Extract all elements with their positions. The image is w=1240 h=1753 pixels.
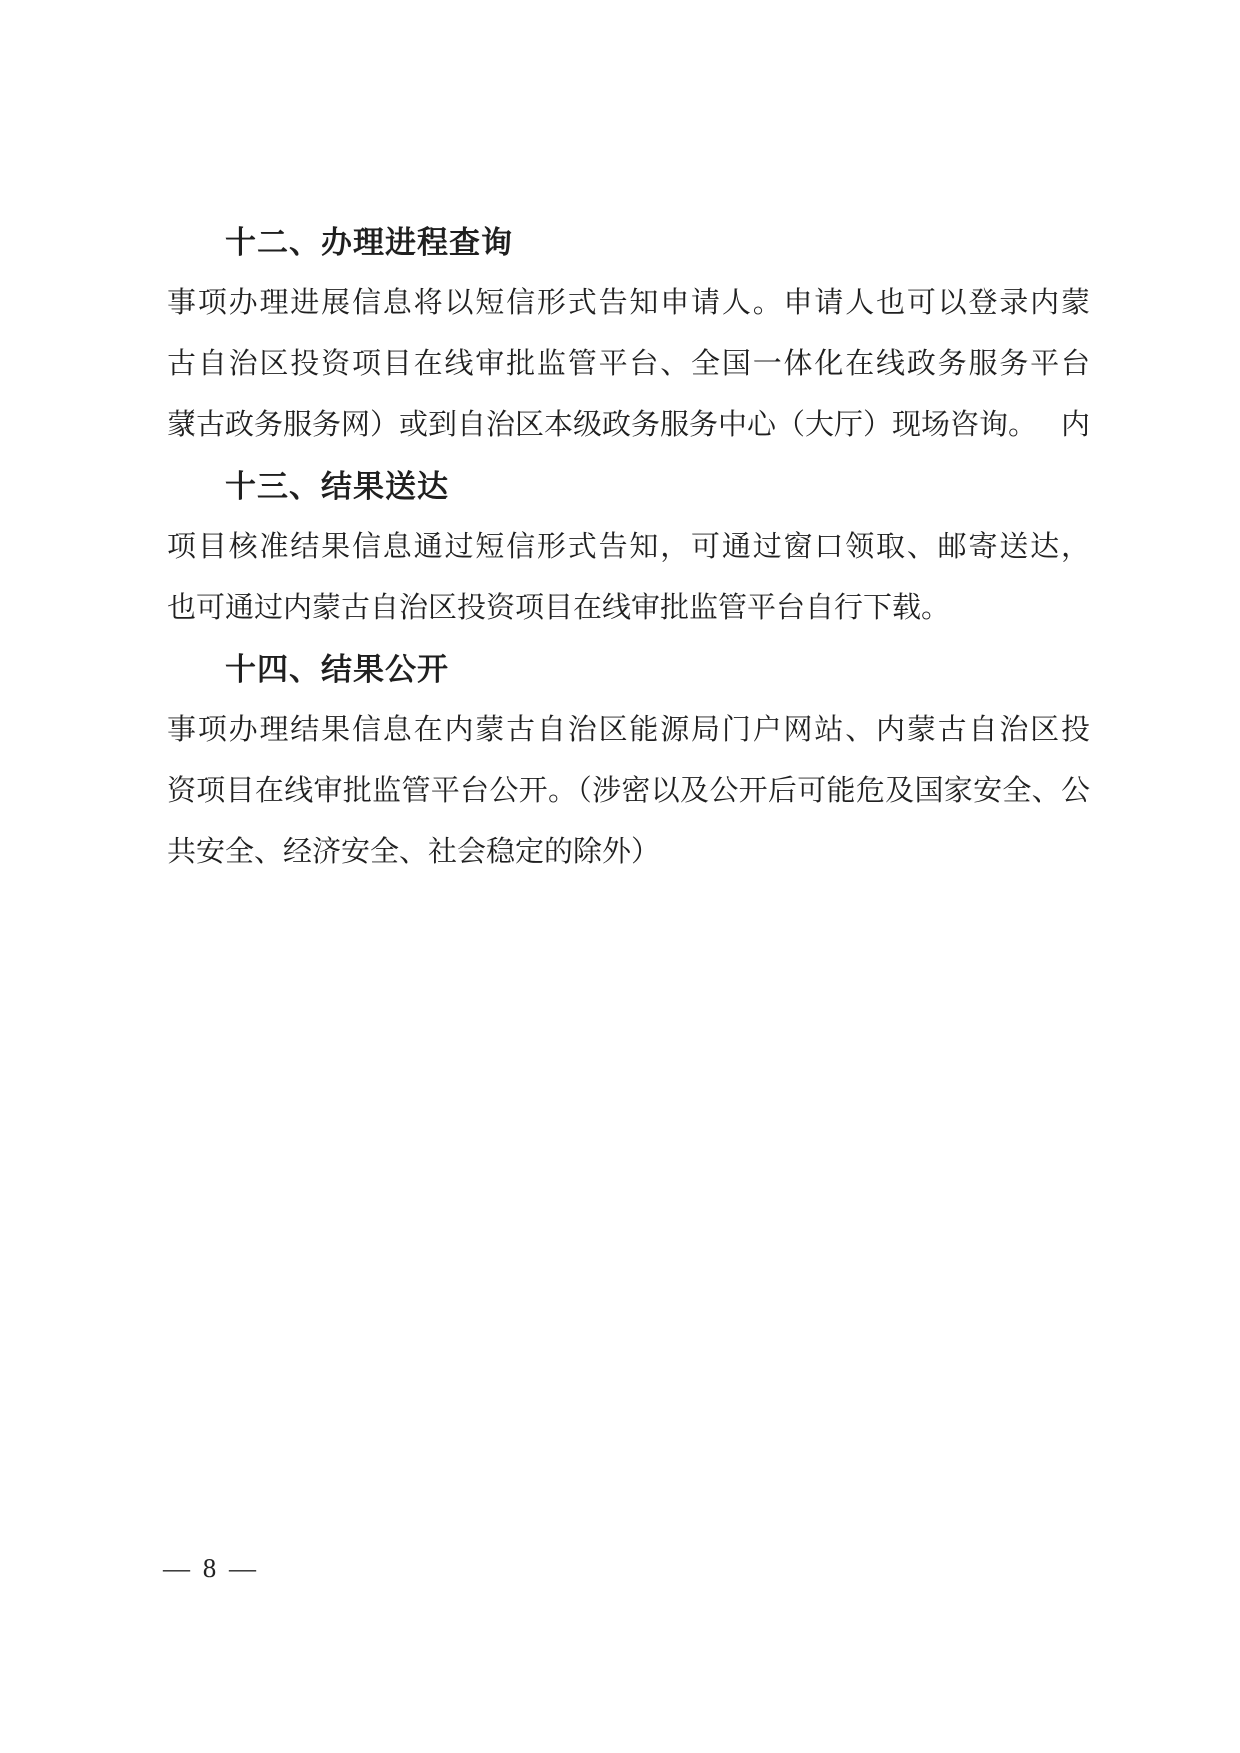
paragraph-line: 蒙古政务服务网）或到自治区本级政务服务中心（大厅）现场咨询。 [167, 395, 1090, 456]
paragraph-line: 项目核准结果信息通过短信形式告知，可通过窗口领取、邮寄送达， [167, 517, 1090, 578]
section-heading: 十三、结果送达 [167, 456, 1090, 517]
section-result-publicity: 十四、结果公开 事项办理结果信息在内蒙古自治区能源局门户网站、内蒙古自治区投 资… [167, 639, 1090, 883]
document-body: 十二、办理进程查询 事项办理进展信息将以短信形式告知申请人。申请人也可以登录内蒙… [167, 212, 1090, 883]
section-heading: 十二、办理进程查询 [167, 212, 1090, 273]
paragraph-line: 古自治区投资项目在线审批监管平台、全国一体化在线政务服务平台（内 [167, 334, 1090, 395]
paragraph-line: 也可通过内蒙古自治区投资项目在线审批监管平台自行下载。 [167, 578, 1090, 639]
paragraph-line: 事项办理结果信息在内蒙古自治区能源局门户网站、内蒙古自治区投 [167, 700, 1090, 761]
paragraph-line: 事项办理进展信息将以短信形式告知申请人。申请人也可以登录内蒙 [167, 273, 1090, 334]
document-page: 十二、办理进程查询 事项办理进展信息将以短信形式告知申请人。申请人也可以登录内蒙… [0, 0, 1240, 1753]
section-result-delivery: 十三、结果送达 项目核准结果信息通过短信形式告知，可通过窗口领取、邮寄送达， 也… [167, 456, 1090, 639]
paragraph-line: 资项目在线审批监管平台公开。（涉密以及公开后可能危及国家安全、公 [167, 761, 1090, 822]
section-heading: 十四、结果公开 [167, 639, 1090, 700]
page-footer: — 8 — [163, 1548, 259, 1588]
paragraph-line: 共安全、经济安全、社会稳定的除外） [167, 822, 1090, 883]
page-number: — 8 — [163, 1553, 259, 1583]
section-processing-progress-query: 十二、办理进程查询 事项办理进展信息将以短信形式告知申请人。申请人也可以登录内蒙… [167, 212, 1090, 456]
